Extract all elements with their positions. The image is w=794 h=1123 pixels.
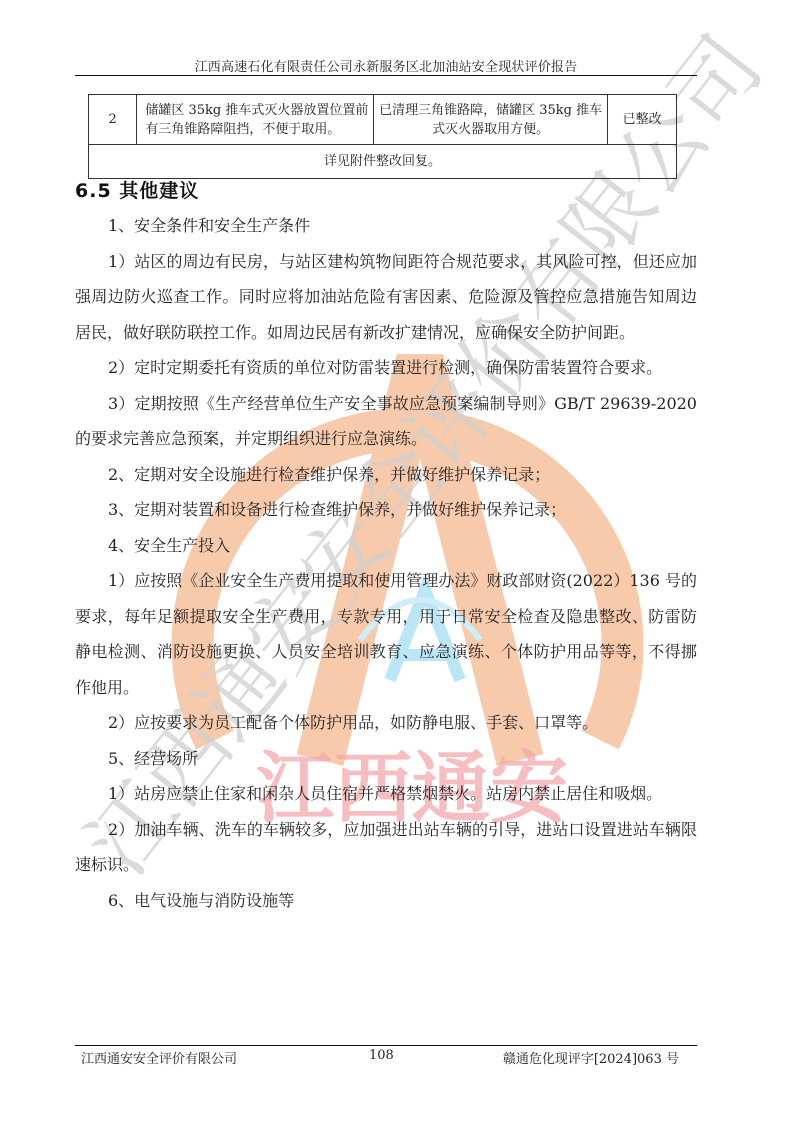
table-note-row: 详见附件整改回复。 <box>89 145 677 179</box>
cell-status: 已整改 <box>608 95 677 145</box>
footer-doc-number: 赣通危化现评字[2024]063 号 <box>503 1048 679 1067</box>
cell-note: 详见附件整改回复。 <box>89 145 677 179</box>
paragraph: 2）应按要求为员工配备个体防护用品，如防静电服、手套、口罩等。 <box>75 705 697 741</box>
paragraph: 5、经营场所 <box>75 741 697 777</box>
header-divider <box>75 75 697 76</box>
paragraph: 1）站区的周边有民房，与站区建构筑物间距符合规范要求，其风险可控，但还应加强周边… <box>75 244 697 351</box>
cell-no: 2 <box>89 95 137 145</box>
cell-fix: 已清理三角锥路障，储罐区 35kg 推车式灭火器取用方便。 <box>373 95 607 145</box>
cell-issue: 储罐区 35kg 推车式灭火器放置位置前有三角锥路障阻挡，不便于取用。 <box>137 95 374 145</box>
paragraph: 2、定期对安全设施进行检查维护保养，并做好维护保养记录； <box>75 457 697 493</box>
footer-company: 江西通安安全评价有限公司 <box>81 1048 237 1067</box>
section-heading: 6.5 其他建议 <box>75 176 697 206</box>
page-footer: 江西通安安全评价有限公司 108 赣通危化现评字[2024]063 号 <box>75 1046 697 1066</box>
paragraph: 1）应按照《企业安全生产费用提取和使用管理办法》财政部财资(2022）136 号… <box>75 563 697 705</box>
page-header-title: 江西高速石化有限责任公司永新服务区北加油站安全现状评价报告 <box>75 56 697 75</box>
table-row: 2 储罐区 35kg 推车式灭火器放置位置前有三角锥路障阻挡，不便于取用。 已清… <box>89 95 677 145</box>
footer-page-number: 108 <box>369 1048 394 1063</box>
paragraph: 3）定期按照《生产经营单位生产安全事故应急预案编制导则》GB/T 29639-2… <box>75 386 697 457</box>
paragraph: 2）加油车辆、洗车的车辆较多，应加强进出站车辆的引导，进站口设置进站车辆限速标识… <box>75 812 697 883</box>
paragraph: 4、安全生产投入 <box>75 528 697 564</box>
rectification-table: 2 储罐区 35kg 推车式灭火器放置位置前有三角锥路障阻挡，不便于取用。 已清… <box>88 94 677 179</box>
paragraph: 3、定期对装置和设备进行检查维护保养，并做好维护保养记录； <box>75 492 697 528</box>
paragraph: 6、电气设施与消防设施等 <box>75 883 697 919</box>
paragraph: 1、安全条件和安全生产条件 <box>75 208 697 244</box>
paragraph: 1）站房应禁止住家和闲杂人员住宿并严格禁烟禁火。站房内禁止居住和吸烟。 <box>75 776 697 812</box>
section-content: 6.5 其他建议 1、安全条件和安全生产条件 1）站区的周边有民房，与站区建构筑… <box>75 176 697 918</box>
paragraph: 2）定时定期委托有资质的单位对防雷装置进行检测，确保防雷装置符合要求。 <box>75 350 697 386</box>
